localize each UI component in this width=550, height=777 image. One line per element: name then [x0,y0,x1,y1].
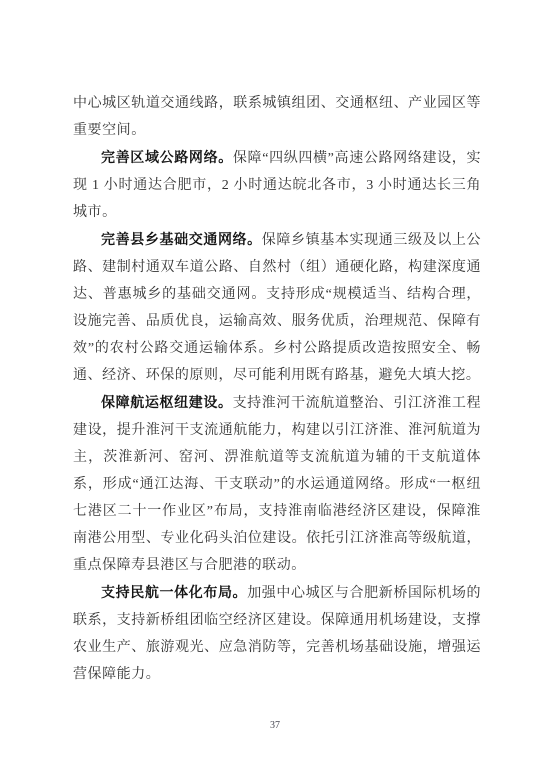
paragraph-body: 保障乡镇基本实现通三级及以上公路、建制村通双车道公路、自然村（组）通硬化路，构建… [73,233,481,383]
paragraph-county-rural-transport-network: 完善县乡基础交通网络。保障乡镇基本实现通三级及以上公路、建制村通双车道公路、自然… [73,226,481,389]
paragraph-lead: 支持民航一体化布局。 [101,584,247,600]
paragraph-civil-aviation-layout: 支持民航一体化布局。加强中心城区与合肥新桥国际机场的联系，支持新桥组团临空经济区… [73,579,481,688]
page-number: 37 [0,720,550,731]
paragraph-regional-highway-network: 完善区域公路网络。保障“四纵四横”高速公路网络建设，实现 1 小时通达合肥市，2… [73,144,481,226]
document-text-block: 中心城区轨道交通线路，联系城镇组团、交通枢纽、产业园区等重要空间。 完善区域公路… [73,90,481,688]
document-page: 中心城区轨道交通线路，联系城镇组团、交通枢纽、产业园区等重要空间。 完善区域公路… [0,0,550,777]
paragraph-lead: 保障航运枢纽建设。 [101,394,233,410]
paragraph-body: 中心城区轨道交通线路，联系城镇组团、交通枢纽、产业园区等重要空间。 [73,96,481,138]
paragraph-body: 加强中心城区与合肥新桥国际机场的联系，支持新桥组团临空经济区建设。保障通用机场建… [73,586,481,682]
paragraph-rail-lines-continuation: 中心城区轨道交通线路，联系城镇组团、交通枢纽、产业园区等重要空间。 [73,90,481,144]
paragraph-body: 支持淮河干流航道整治、引江济淮工程建设，提升淮河干支流通航能力，构建以引江济淮、… [73,396,481,573]
paragraph-shipping-hub-construction: 保障航运枢纽建设。支持淮河干流航道整治、引江济淮工程建设，提升淮河干支流通航能力… [73,389,481,579]
paragraph-lead: 完善县乡基础交通网络。 [101,231,262,247]
paragraph-lead: 完善区域公路网络。 [101,149,233,165]
